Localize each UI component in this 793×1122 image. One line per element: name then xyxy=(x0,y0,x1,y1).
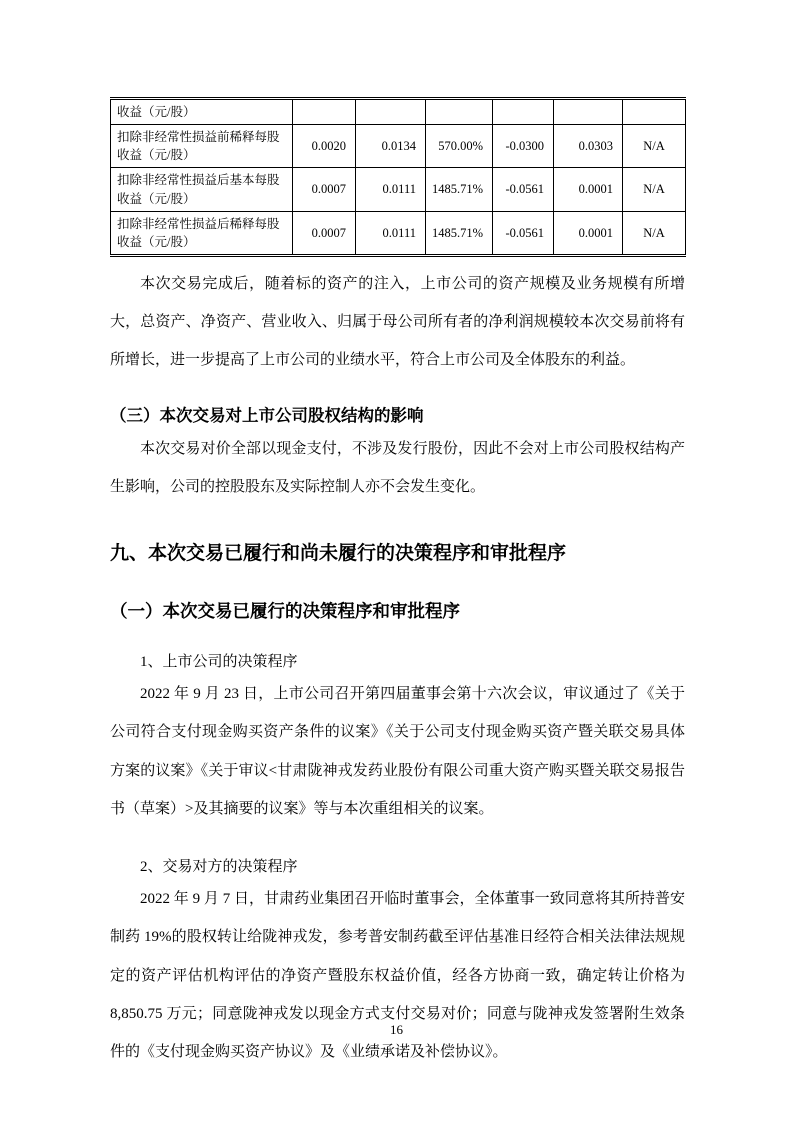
paragraph-listed-company-procedure: 2022 年 9 月 23 日，上市公司召开第四届董事会第十六次会议，审议通过了… xyxy=(110,675,685,828)
table-cell: N/A xyxy=(623,168,686,211)
table-cell: 1485.71% xyxy=(426,211,493,255)
table-cell xyxy=(293,99,356,125)
table-cell: 0.0111 xyxy=(356,168,426,211)
heading-equity-structure: （三）本次交易对上市公司股权结构的影响 xyxy=(110,402,685,426)
document-page: 收益（元/股） 扣除非经常性损益前稀释每股收益（元/股） 0.0020 0.01… xyxy=(0,0,793,1122)
table-cell-label: 扣除非经常性损益后稀释每股收益（元/股） xyxy=(111,211,293,255)
table-cell xyxy=(493,99,554,125)
page-content: 收益（元/股） 扣除非经常性损益前稀释每股收益（元/股） 0.0020 0.01… xyxy=(110,97,685,1071)
table-cell: 0.0007 xyxy=(293,168,356,211)
table-cell: N/A xyxy=(623,211,686,255)
heading-section-nine: 九、本次交易已履行和尚未履行的决策程序和审批程序 xyxy=(110,538,685,565)
heading-section-nine-sub-one: （一）本次交易已履行的决策程序和审批程序 xyxy=(110,598,685,623)
table-cell xyxy=(426,99,493,125)
table-cell: 0.0303 xyxy=(554,125,623,168)
table-cell-label: 收益（元/股） xyxy=(111,99,293,125)
table-cell: 1485.71% xyxy=(426,168,493,211)
table-cell xyxy=(356,99,426,125)
table-cell: 570.00% xyxy=(426,125,493,168)
table-cell: 0.0001 xyxy=(554,168,623,211)
table-cell: -0.0300 xyxy=(493,125,554,168)
paragraph-equity-structure: 本次交易对价全部以现金支付，不涉及发行股份，因此不会对上市公司股权结构产生影响，… xyxy=(110,430,685,507)
paragraph-counterparty-procedure: 2022 年 9 月 7 日，甘肃药业集团召开临时董事会，全体董事一致同意将其所… xyxy=(110,880,685,1071)
table-row: 收益（元/股） xyxy=(111,99,686,125)
eps-comparison-table: 收益（元/股） 扣除非经常性损益前稀释每股收益（元/股） 0.0020 0.01… xyxy=(110,97,686,257)
table-row: 扣除非经常性损益后基本每股收益（元/股） 0.0007 0.0111 1485.… xyxy=(111,168,686,211)
table-cell: 0.0111 xyxy=(356,211,426,255)
table-cell: 0.0001 xyxy=(554,211,623,255)
table-cell: 0.0020 xyxy=(293,125,356,168)
table-row: 扣除非经常性损益后稀释每股收益（元/股） 0.0007 0.0111 1485.… xyxy=(111,211,686,255)
table-cell: N/A xyxy=(623,125,686,168)
table-cell: -0.0561 xyxy=(493,168,554,211)
table-cell xyxy=(623,99,686,125)
table-cell: -0.0561 xyxy=(493,211,554,255)
table-cell xyxy=(554,99,623,125)
page-number: 16 xyxy=(0,1022,793,1038)
table-cell-label: 扣除非经常性损益前稀释每股收益（元/股） xyxy=(111,125,293,168)
paragraph-transaction-impact: 本次交易完成后，随着标的资产的注入，上市公司的资产规模及业务规模有所增大，总资产… xyxy=(110,265,685,380)
subheading-counterparty-procedure: 2、交易对方的决策程序 xyxy=(110,855,685,876)
table-cell: 0.0007 xyxy=(293,211,356,255)
table-row: 扣除非经常性损益前稀释每股收益（元/股） 0.0020 0.0134 570.0… xyxy=(111,125,686,168)
table-cell: 0.0134 xyxy=(356,125,426,168)
subheading-listed-company-procedure: 1、上市公司的决策程序 xyxy=(110,650,685,671)
table-cell-label: 扣除非经常性损益后基本每股收益（元/股） xyxy=(111,168,293,211)
